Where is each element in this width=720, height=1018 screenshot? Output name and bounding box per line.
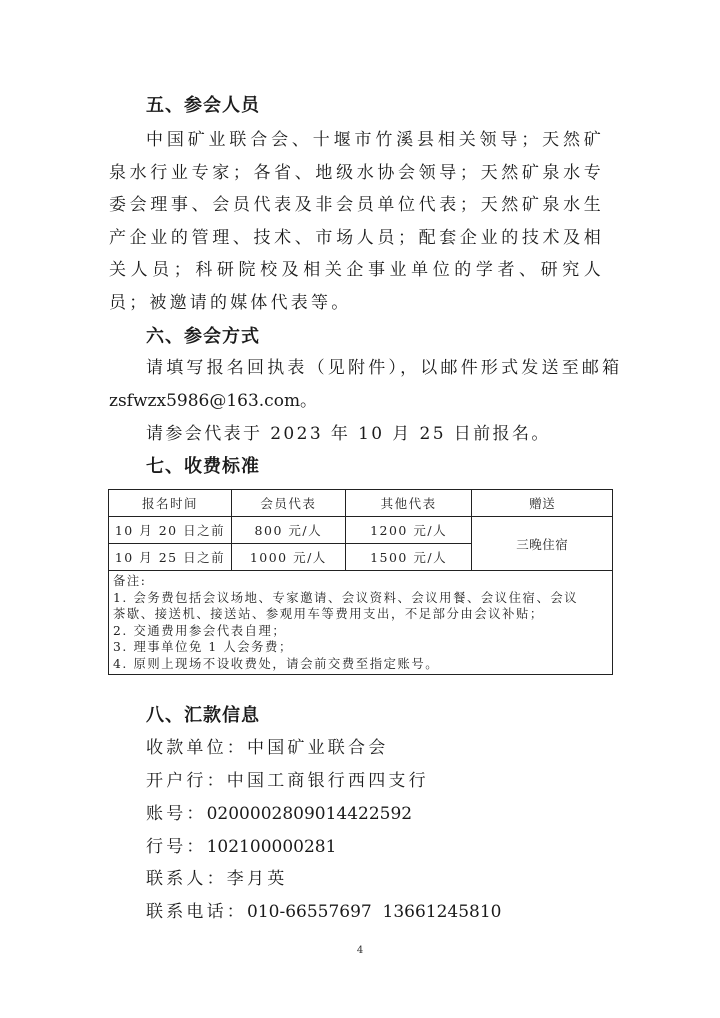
header-other-rep: 其他代表: [345, 490, 472, 517]
cell-time: 10 月 20 日之前: [109, 517, 232, 544]
cell-other-fee: 1500 元/人: [345, 544, 472, 571]
section-six-body-line1: 请填写报名回执表（见附件），以邮件形式发送至邮箱: [146, 356, 622, 380]
registration-deadline: 请参会代表于 2023 年 10 月 25 日前报名。: [146, 422, 551, 446]
cell-member-fee: 800 元/人: [231, 517, 345, 544]
contact-phone: 联系电话：010-66557697 13661245810: [146, 900, 502, 924]
section-seven-heading: 七、收费标准: [146, 455, 260, 479]
note-line: 茶歇、接送机、接送站、参观用车等费用支出，不足部分由会议补贴；: [113, 606, 609, 623]
note-line: 3. 理事单位免 1 人会务费；: [113, 639, 609, 656]
cell-gift: 三晚住宿: [472, 517, 613, 571]
cell-member-fee: 1000 元/人: [231, 544, 345, 571]
header-member-rep: 会员代表: [231, 490, 345, 517]
section-six-heading: 六、参会方式: [146, 325, 260, 349]
fee-table: 报名时间 会员代表 其他代表 赠送 10 月 20 日之前 800 元/人 12…: [108, 489, 613, 675]
account-value: 0200002809014422592: [207, 804, 413, 824]
section-eight-heading: 八、汇款信息: [146, 704, 260, 728]
table-row: 10 月 20 日之前 800 元/人 1200 元/人 三晚住宿: [109, 517, 613, 544]
bank-code: 行号：102100000281: [146, 835, 336, 859]
fee-table-header-row: 报名时间 会员代表 其他代表 赠送: [109, 490, 613, 517]
contact-person: 联系人：李月英: [146, 867, 287, 891]
account-number: 账号：0200002809014422592: [146, 802, 412, 826]
header-registration-time: 报名时间: [109, 490, 232, 517]
bank-code-label: 行号：: [146, 837, 207, 857]
registration-email: zsfwzx5986@163.com。: [109, 389, 317, 413]
section-five-body: 中国矿业联合会、十堰市竹溪县相关领导；天然矿泉水行业专家；各省、地级水协会领导；…: [109, 124, 604, 320]
note-line: 4. 原则上现场不设收费处，请会前交费至指定账号。: [113, 656, 609, 673]
notes-title: 备注:: [113, 573, 609, 590]
note-line: 1. 会务费包括会议场地、专家邀请、会议资料、会议用餐、会议住宿、会议: [113, 590, 609, 607]
bank-name: 开户行：中国工商银行西四支行: [146, 769, 429, 793]
phone-value: 010-66557697 13661245810: [247, 902, 502, 922]
account-label: 账号：: [146, 804, 207, 824]
header-gift: 赠送: [472, 490, 613, 517]
notes-cell: 备注: 1. 会务费包括会议场地、专家邀请、会议资料、会议用餐、会议住宿、会议 …: [109, 571, 613, 675]
bank-code-value: 102100000281: [207, 837, 337, 857]
cell-other-fee: 1200 元/人: [345, 517, 472, 544]
page-number: 4: [0, 945, 720, 956]
section-five-heading: 五、参会人员: [146, 94, 260, 118]
notes-row: 备注: 1. 会务费包括会议场地、专家邀请、会议资料、会议用餐、会议住宿、会议 …: [109, 571, 613, 675]
cell-time: 10 月 25 日之前: [109, 544, 232, 571]
phone-label: 联系电话：: [146, 902, 247, 922]
note-line: 2. 交通费用参会代表自理；: [113, 623, 609, 640]
payee: 收款单位：中国矿业联合会: [146, 736, 388, 760]
document-page: 五、参会人员 中国矿业联合会、十堰市竹溪县相关领导；天然矿泉水行业专家；各省、地…: [0, 0, 720, 1018]
